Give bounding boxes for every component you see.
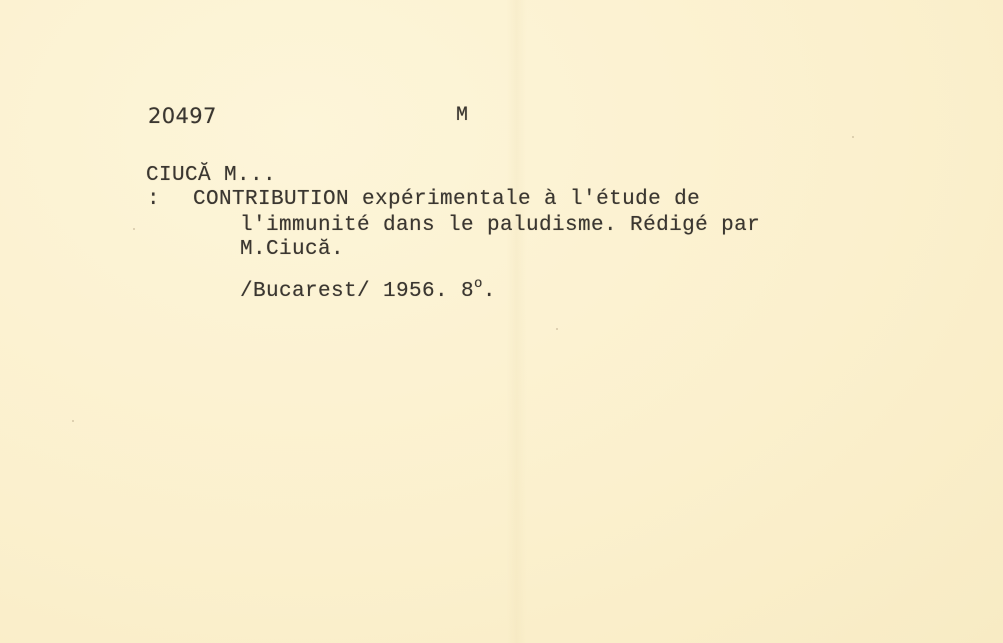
paper-speck — [72, 420, 74, 422]
imprint-end: . — [483, 280, 496, 303]
accession-number: 20497 — [148, 104, 217, 128]
title-line-1: CONTRIBUTION expérimentale à l'étude de — [193, 188, 700, 212]
paper-speck — [133, 228, 135, 230]
paper-speck — [852, 136, 854, 138]
catalog-card: 20497 M CIUCĂ M... : CONTRIBUTION expéri… — [0, 0, 1003, 643]
entry-marker: : — [147, 188, 160, 212]
imprint: /Bucarest/ 1956. 8o. — [240, 280, 496, 304]
paper-speck — [556, 328, 558, 330]
imprint-text: /Bucarest/ 1956. 8 — [240, 280, 474, 303]
location-mark: M — [456, 104, 468, 128]
format-superscript: o — [474, 276, 483, 292]
title-line-3: M.Ciucă. — [240, 238, 344, 262]
title-line-2: l'immunité dans le paludisme. Rédigé par — [240, 214, 760, 238]
author-heading: CIUCĂ M... — [146, 164, 276, 188]
